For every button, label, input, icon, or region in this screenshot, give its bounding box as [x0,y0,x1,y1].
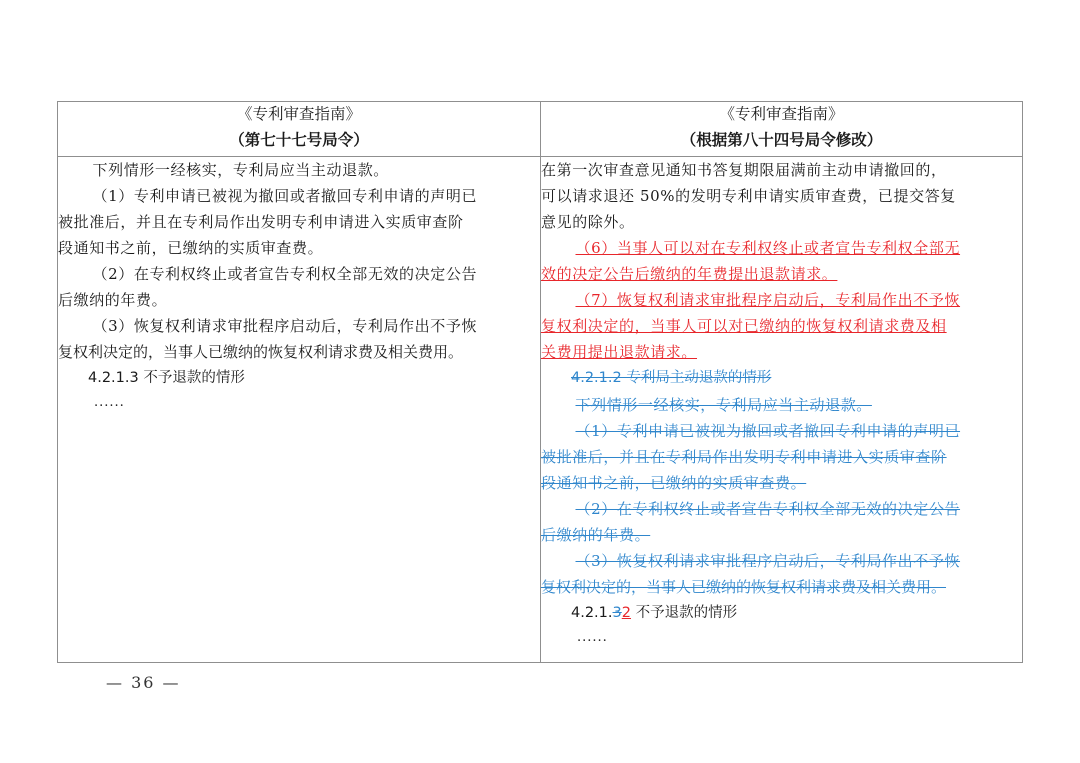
inserted-text: 复权利决定的，当事人可以对已缴纳的恢复权利请求费及相 [541,317,947,335]
inserted-text: （6）当事人可以对在专利权终止或者宣告专利权全部无 [576,239,961,257]
deleted-section-number: 3 [613,605,622,621]
deleted-text: （1）专利申请已被视为撤回或者撤回专利申请的声明已 [576,422,961,440]
text-line: 后缴纳的年费。 [58,287,540,313]
deleted-text: 被批准后，并且在专利局作出发明专利申请进入实质审查阶 [541,448,947,466]
page-number: — 36 — [106,673,181,692]
right-column-header: 《专利审查指南》 （根据第八十四号局令修改） [541,102,1023,157]
text-line: 意见的除外。 [541,209,1022,235]
ellipsis: ...... [541,627,1022,649]
deleted-line: （1）专利申请已被视为撤回或者撤回专利申请的声明已 [541,418,1022,444]
inserted-text: 效的决定公告后缴纳的年费提出退款请求。 [541,265,837,283]
inserted-text: （7）恢复权利请求审批程序启动后，专利局作出不予恢 [576,291,961,309]
deleted-line: 段通知书之前，已缴纳的实质审查费。 [541,470,1022,496]
document-page: 《专利审查指南》 （第七十七号局令） 《专利审查指南》 （根据第八十四号局令修改… [0,0,1080,763]
section-title: 不予退款的情形 [631,605,737,621]
deleted-line: 被批准后，并且在专利局作出发明专利申请进入实质审查阶 [541,444,1022,470]
deleted-text: 下列情形一经核实，专利局应当主动退款。 [576,396,872,414]
deleted-section-heading: 4.2.1.2 专利局主动退款的情形 [541,365,1022,392]
inserted-line: 关费用提出退款请求。 [541,339,1022,365]
deleted-text: 复权利决定的，当事人已缴纳的恢复权利请求费及相关费用。 [541,578,946,596]
deleted-line: （2）在专利权终止或者宣告专利权全部无效的决定公告 [541,496,1022,522]
section-heading: 4.2.1.32 不予退款的情形 [541,600,1022,627]
deleted-text: 4.2.1.2 专利局主动退款的情形 [571,370,771,386]
deleted-text: 段通知书之前，已缴纳的实质审查费。 [541,474,806,492]
ellipsis: ...... [58,392,540,414]
text-line: 段通知书之前，已缴纳的实质审查费。 [58,235,540,261]
inserted-text: 关费用提出退款请求。 [541,343,697,361]
section-number-prefix: 4.2.1. [571,605,613,621]
text-line: 可以请求退还 50%的发明专利申请实质审查费，已提交答复 [541,183,1022,209]
inserted-section-number: 2 [622,605,631,621]
left-column-body: 下列情形一经核实，专利局应当主动退款。 （1）专利申请已被视为撤回或者撤回专利申… [58,157,541,663]
text-line: 在第一次审查意见通知书答复期限届满前主动申请撤回的， [541,157,1022,183]
deleted-line: 后缴纳的年费。 [541,522,1022,548]
inserted-line: （6）当事人可以对在专利权终止或者宣告专利权全部无 [541,235,1022,261]
left-column-header: 《专利审查指南》 （第七十七号局令） [58,102,541,157]
header-row: 《专利审查指南》 （第七十七号局令） 《专利审查指南》 （根据第八十四号局令修改… [58,102,1023,157]
inserted-line: 复权利决定的，当事人可以对已缴纳的恢复权利请求费及相 [541,313,1022,339]
text-line: （1）专利申请已被视为撤回或者撤回专利申请的声明已 [58,183,540,209]
text-line: （3）恢复权利请求审批程序启动后，专利局作出不予恢 [58,313,540,339]
deleted-text: （2）在专利权终止或者宣告专利权全部无效的决定公告 [576,500,961,518]
comparison-table: 《专利审查指南》 （第七十七号局令） 《专利审查指南》 （根据第八十四号局令修改… [57,101,1023,663]
deleted-text: （3）恢复权利请求审批程序启动后，专利局作出不予恢 [576,552,961,570]
deleted-line: 复权利决定的，当事人已缴纳的恢复权利请求费及相关费用。 [541,574,1022,600]
text-line: 复权利决定的，当事人已缴纳的恢复权利请求费及相关费用。 [58,339,540,365]
right-header-title: 《专利审查指南》 [541,102,1022,127]
right-header-subtitle: （根据第八十四号局令修改） [541,127,1022,152]
text-line: （2）在专利权终止或者宣告专利权全部无效的决定公告 [58,261,540,287]
left-header-subtitle: （第七十七号局令） [58,127,540,152]
inserted-line: 效的决定公告后缴纳的年费提出退款请求。 [541,261,1022,287]
left-header-title: 《专利审查指南》 [58,102,540,127]
text-line: 被批准后，并且在专利局作出发明专利申请进入实质审查阶 [58,209,540,235]
deleted-line: 下列情形一经核实，专利局应当主动退款。 [541,392,1022,418]
section-heading: 4.2.1.3 不予退款的情形 [58,365,540,392]
text-line: 下列情形一经核实，专利局应当主动退款。 [58,157,540,183]
body-row: 下列情形一经核实，专利局应当主动退款。 （1）专利申请已被视为撤回或者撤回专利申… [58,157,1023,663]
deleted-line: （3）恢复权利请求审批程序启动后，专利局作出不予恢 [541,548,1022,574]
deleted-text: 后缴纳的年费。 [541,526,650,544]
right-column-body: 在第一次审查意见通知书答复期限届满前主动申请撤回的， 可以请求退还 50%的发明… [541,157,1023,663]
inserted-line: （7）恢复权利请求审批程序启动后，专利局作出不予恢 [541,287,1022,313]
